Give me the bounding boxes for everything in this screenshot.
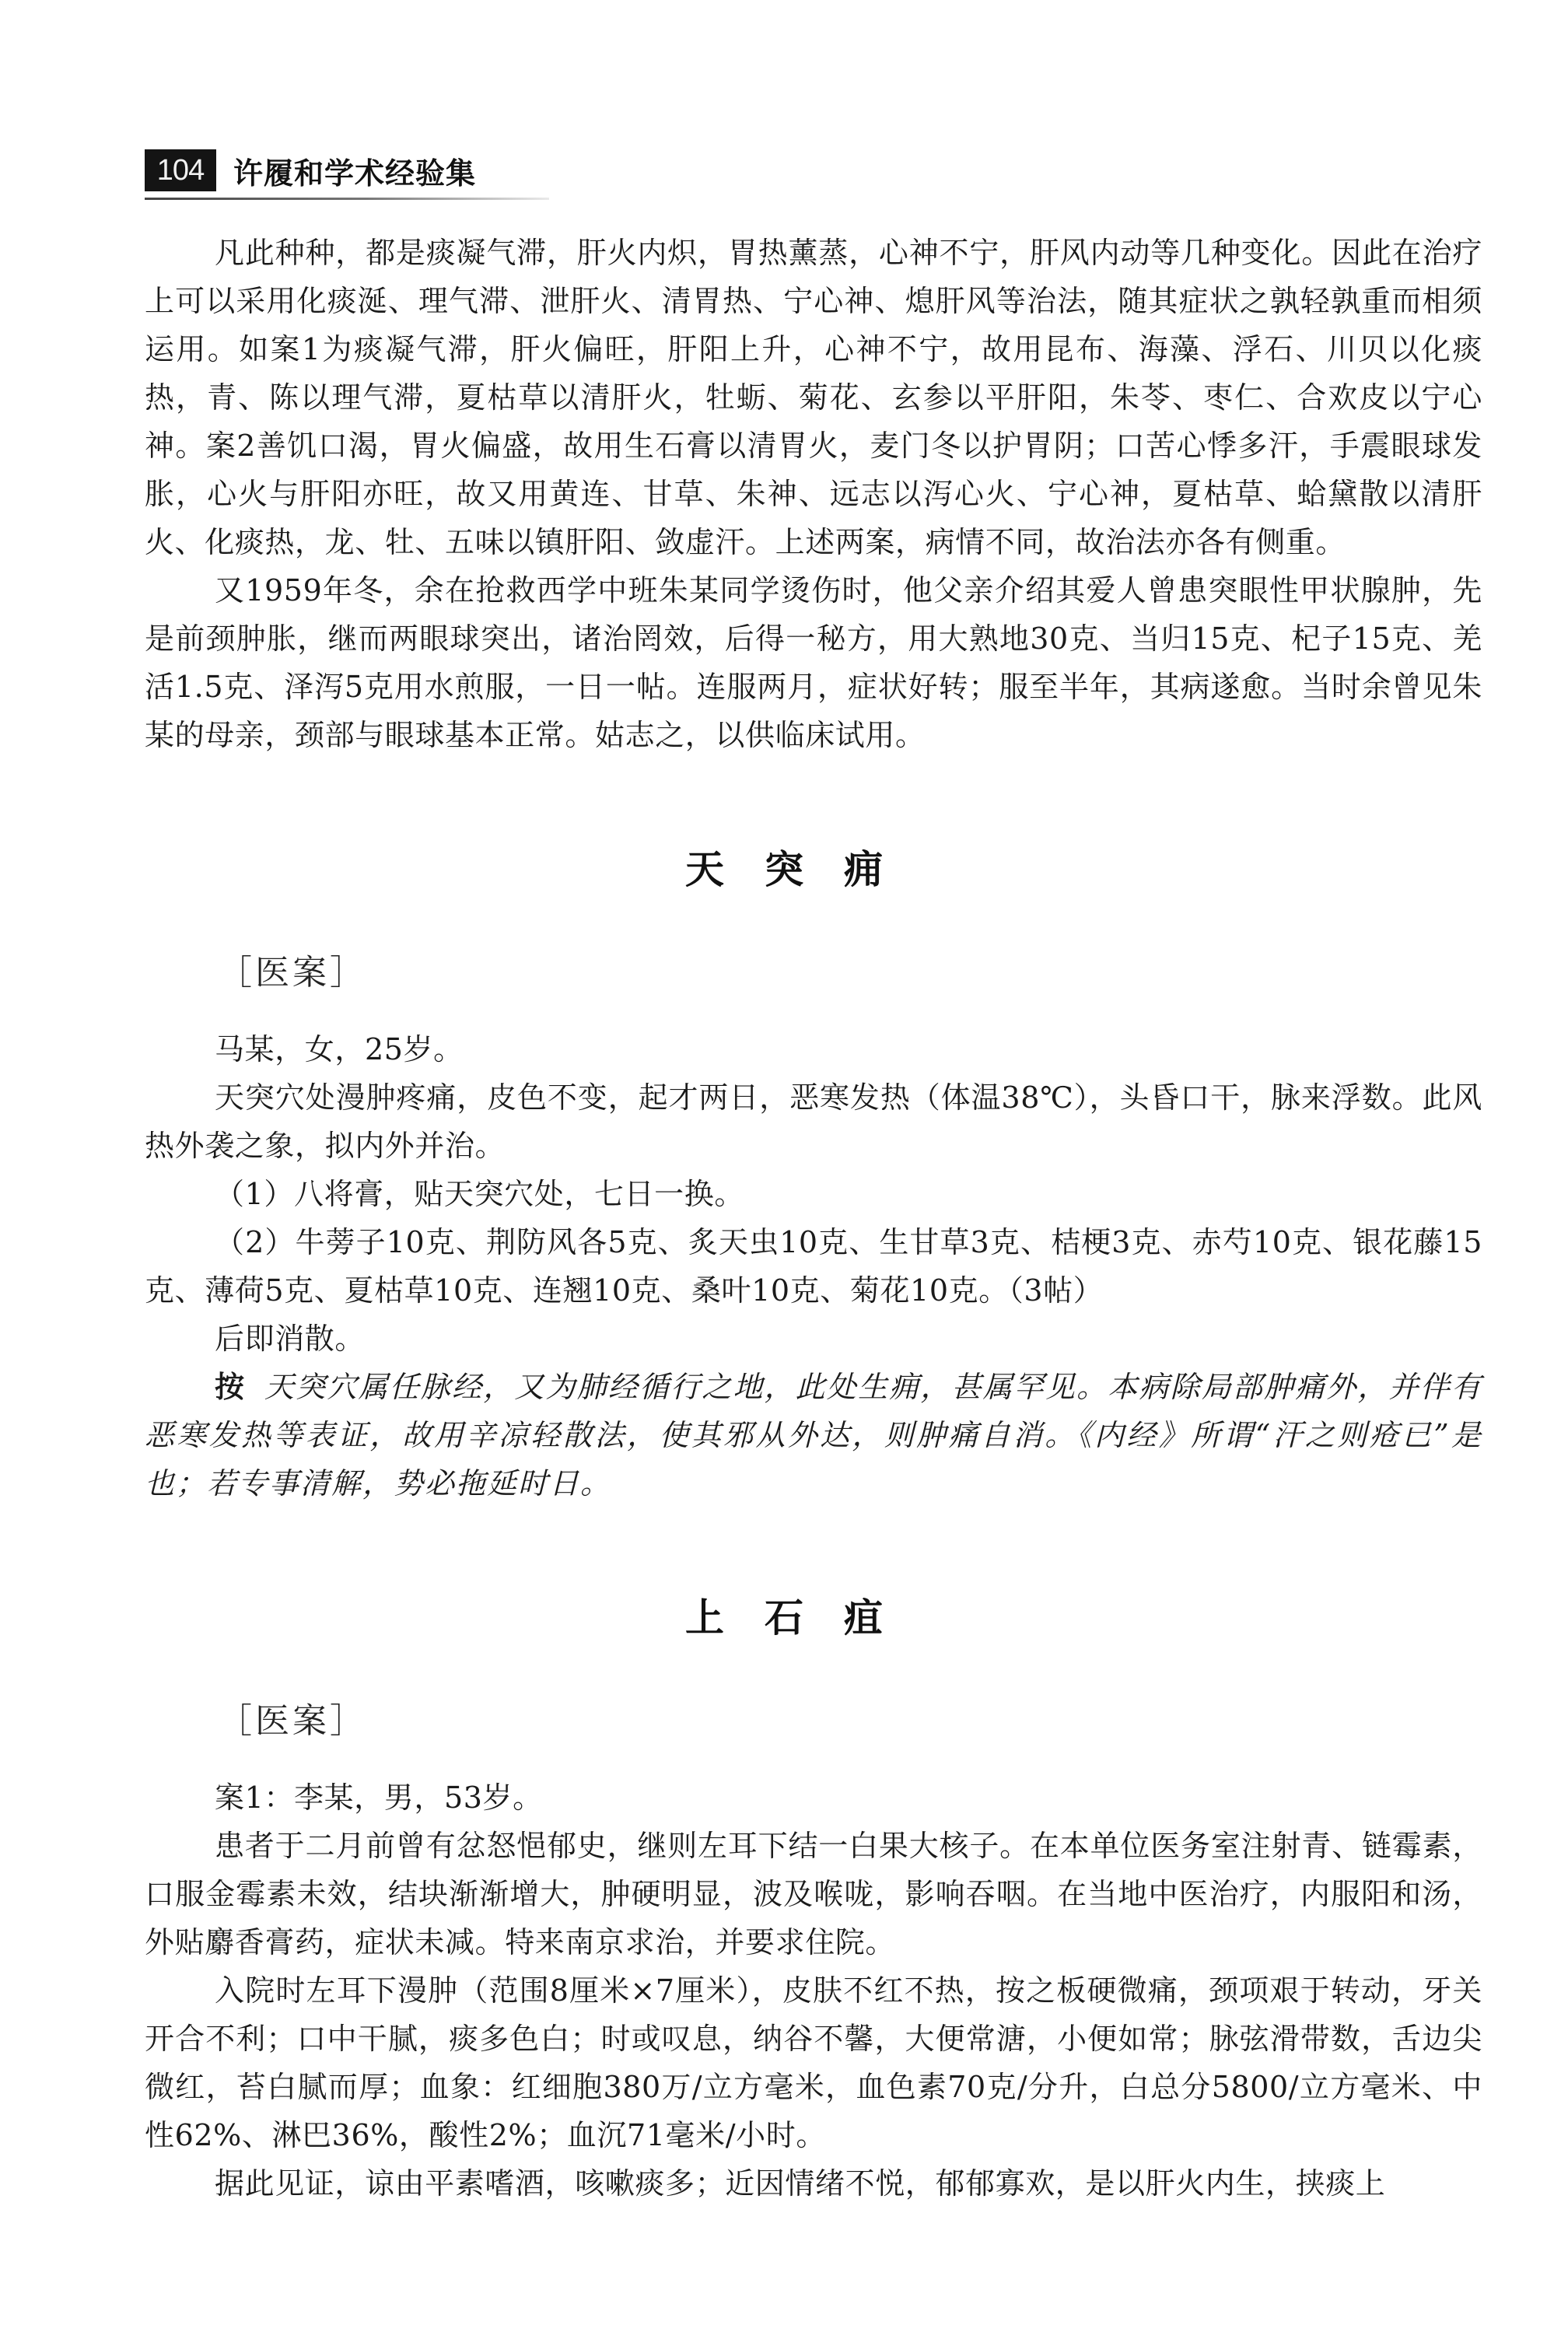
paragraph: 入院时左耳下漫肿（范围8厘米×7厘米），皮肤不红不热，按之板硬微痛，颈项艰于转动… <box>145 1966 1482 2159</box>
commentary-label: 按 <box>215 1370 246 1404</box>
discussion-block: 凡此种种，都是痰凝气滞，肝火内炽，胃热薰蒸，心神不宁，肝风内动等几种变化。因此在… <box>145 229 1482 759</box>
paragraph: 患者于二月前曾有忿怒悒郁史，继则左耳下结一白果大核子。在本单位医务室注射青、链霉… <box>145 1822 1482 1966</box>
book-title: 许履和学术经验集 <box>233 149 476 192</box>
header-rule <box>145 198 549 200</box>
commentary: 按天突穴属任脉经，又为肺经循行之地，此处生痈，甚属罕见。本病除局部肿痛外，并伴有… <box>145 1363 1482 1507</box>
paragraph: 凡此种种，都是痰凝气滞，肝火内炽，胃热薰蒸，心神不宁，肝风内动等几种变化。因此在… <box>145 229 1482 566</box>
book-page: 104 许履和学术经验集 凡此种种，都是痰凝气滞，肝火内炽，胃热薰蒸，心神不宁，… <box>0 0 1568 2325</box>
paragraph: 据此见证，谅由平素嗜酒，咳嗽痰多；近因情绪不悦，郁郁寡欢，是以肝火内生，挟痰上 <box>145 2159 1482 2208</box>
paragraph: 又1959年冬，余在抢救西学中班朱某同学烫伤时，他父亲介绍其爱人曾患突眼性甲状腺… <box>145 566 1482 759</box>
treatment-item: （2）牛蒡子10克、荆防风各5克、炙天虫10克、生甘草3克、桔梗3克、赤芍10克… <box>145 1218 1482 1315</box>
case-block-shangshiju: 案1：李某，男，53岁。 患者于二月前曾有忿怒悒郁史，继则左耳下结一白果大核子。… <box>145 1774 1482 2208</box>
section-title-tiantu: 天突痈 <box>0 839 1568 895</box>
running-head: 104 许履和学术经验集 <box>145 148 476 193</box>
treatment-item: （1）八将膏，贴天突穴处，七日一换。 <box>145 1170 1482 1218</box>
commentary-text: 天突穴属任脉经，又为肺经循行之地，此处生痈，甚属罕见。本病除局部肿痛外，并伴有恶… <box>145 1370 1482 1500</box>
case-block-tiantu: 马某，女，25岁。 天突穴处漫肿疼痛，皮色不变，起才两日，恶寒发热（体温38℃）… <box>145 1025 1482 1507</box>
presentation: 天突穴处漫肿疼痛，皮色不变，起才两日，恶寒发热（体温38℃），头昏口干，脉来浮数… <box>145 1073 1482 1170</box>
case-label: ［医案］ <box>218 944 367 994</box>
patient-info: 案1：李某，男，53岁。 <box>145 1774 1482 1822</box>
section-title-shangshiju: 上石疽 <box>0 1587 1568 1643</box>
page-number: 104 <box>145 149 216 191</box>
case-label: ［医案］ <box>218 1693 367 1742</box>
patient-info: 马某，女，25岁。 <box>145 1025 1482 1073</box>
outcome: 后即消散。 <box>145 1315 1482 1363</box>
